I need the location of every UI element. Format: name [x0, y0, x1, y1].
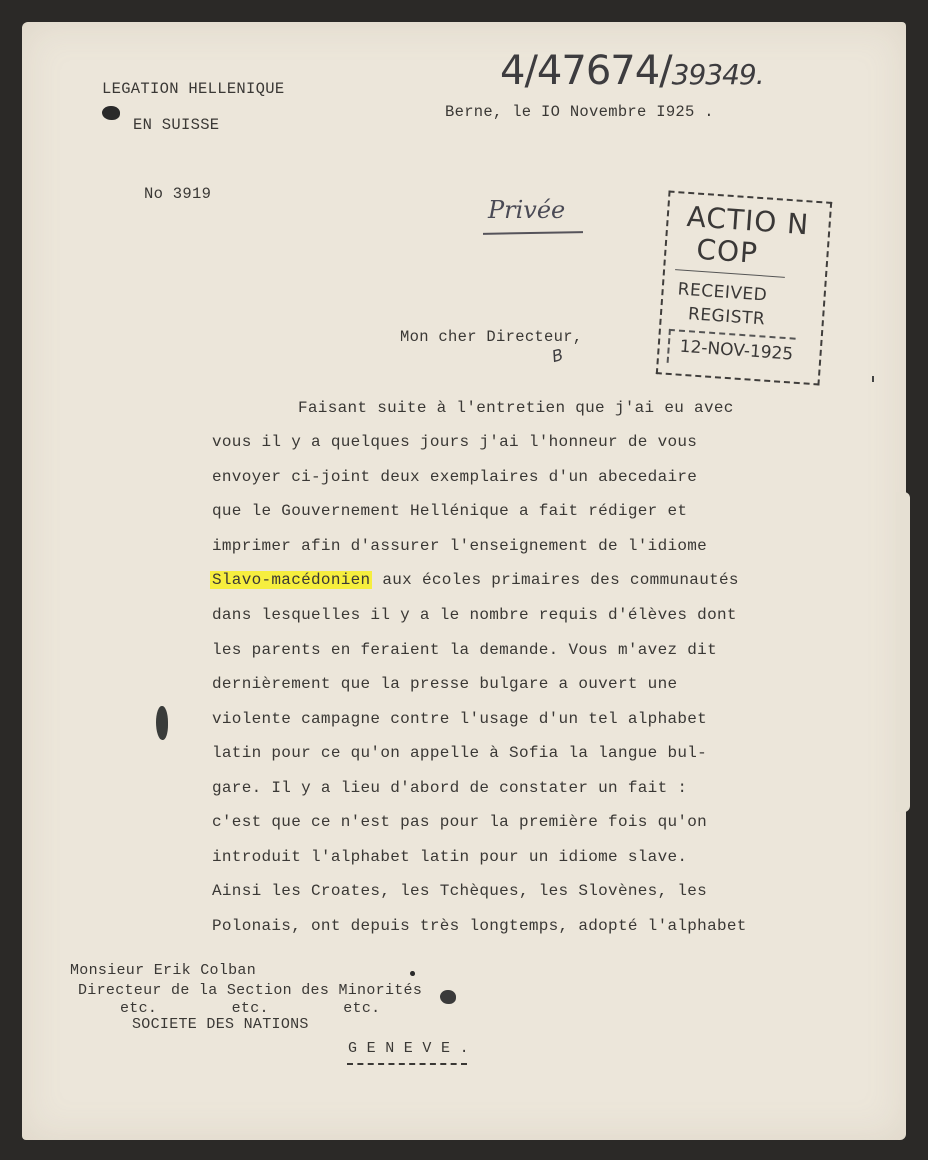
- addressee-organization: SOCIETE DES NATIONS: [132, 1016, 309, 1033]
- addressee-title: Directeur de la Section des Minorités: [78, 982, 422, 999]
- body-line: c'est que ce n'est pas pour la première …: [212, 813, 707, 831]
- body-line-rest: aux écoles primaires des communautés: [382, 571, 738, 589]
- salutation: Mon cher Directeur,: [400, 328, 582, 346]
- body-line: dans lesquelles il y a le nombre requis …: [212, 606, 737, 624]
- body-line: vous il y a quelques jours j'ai l'honneu…: [212, 433, 697, 451]
- stamp-line3: RECEIVED: [677, 279, 768, 305]
- addressee-city: G E N E V E .: [348, 1040, 469, 1057]
- body-line: les parents en feraient la demande. Vous…: [212, 641, 717, 659]
- body-line: imprimer afin d'assurer l'enseignement d…: [212, 537, 707, 555]
- letterhead-line1: LEGATION HELLENIQUE: [102, 80, 284, 98]
- body-line: dernièrement que la presse bulgare a ouv…: [212, 675, 677, 693]
- ink-blot-icon: [102, 106, 120, 120]
- body-line-highlight: Slavo-macédonien aux écoles primaires de…: [210, 571, 739, 589]
- body-line: Faisant suite à l'entretien que j'ai eu …: [298, 399, 734, 417]
- body-line: gare. Il y a lieu d'abord de constater u…: [212, 779, 687, 797]
- ink-blot-icon: [440, 990, 456, 1004]
- body-line: que le Gouvernement Hellénique a fait ré…: [212, 502, 687, 520]
- margin-mark: [872, 376, 874, 382]
- ink-dot-icon: [410, 971, 415, 976]
- reference-number: No 3919: [144, 185, 211, 203]
- privee-annotation: Privée: [488, 196, 565, 224]
- body-line: latin pour ce qu'on appelle à Sofia la l…: [212, 744, 707, 762]
- stamp-divider: [675, 269, 785, 278]
- file-number-main: 4/47674/: [500, 48, 672, 94]
- addressee-etc: etc. etc. etc.: [120, 1000, 380, 1017]
- city-underline: [347, 1063, 467, 1065]
- highlighted-term: Slavo-macédonien: [210, 571, 372, 589]
- received-stamp: ACTIO N COP RECEIVED REGISTR 12-NOV-1925: [656, 191, 832, 386]
- stamp-line4: REGISTR: [687, 304, 765, 329]
- body-line: violente campagne contre l'usage d'un te…: [212, 710, 707, 728]
- file-number-doc: 39349.: [672, 58, 764, 91]
- body-line: envoyer ci-joint deux exemplaires d'un a…: [212, 468, 697, 486]
- handwritten-file-number: 4/47674/39349.: [500, 48, 764, 94]
- dateline: Berne, le IO Novembre I925 .: [445, 103, 714, 121]
- body-line: Ainsi les Croates, les Tchèques, les Slo…: [212, 882, 707, 900]
- letterhead-line2: EN SUISSE: [133, 116, 219, 134]
- body-line: Polonais, ont depuis très longtemps, ado…: [212, 917, 747, 935]
- body-line: introduit l'alphabet latin pour un idiom…: [212, 848, 687, 866]
- addressee-name: Monsieur Erik Colban: [70, 962, 256, 979]
- ink-smudge-icon: [156, 706, 168, 740]
- stamp-line2: COP: [695, 233, 759, 270]
